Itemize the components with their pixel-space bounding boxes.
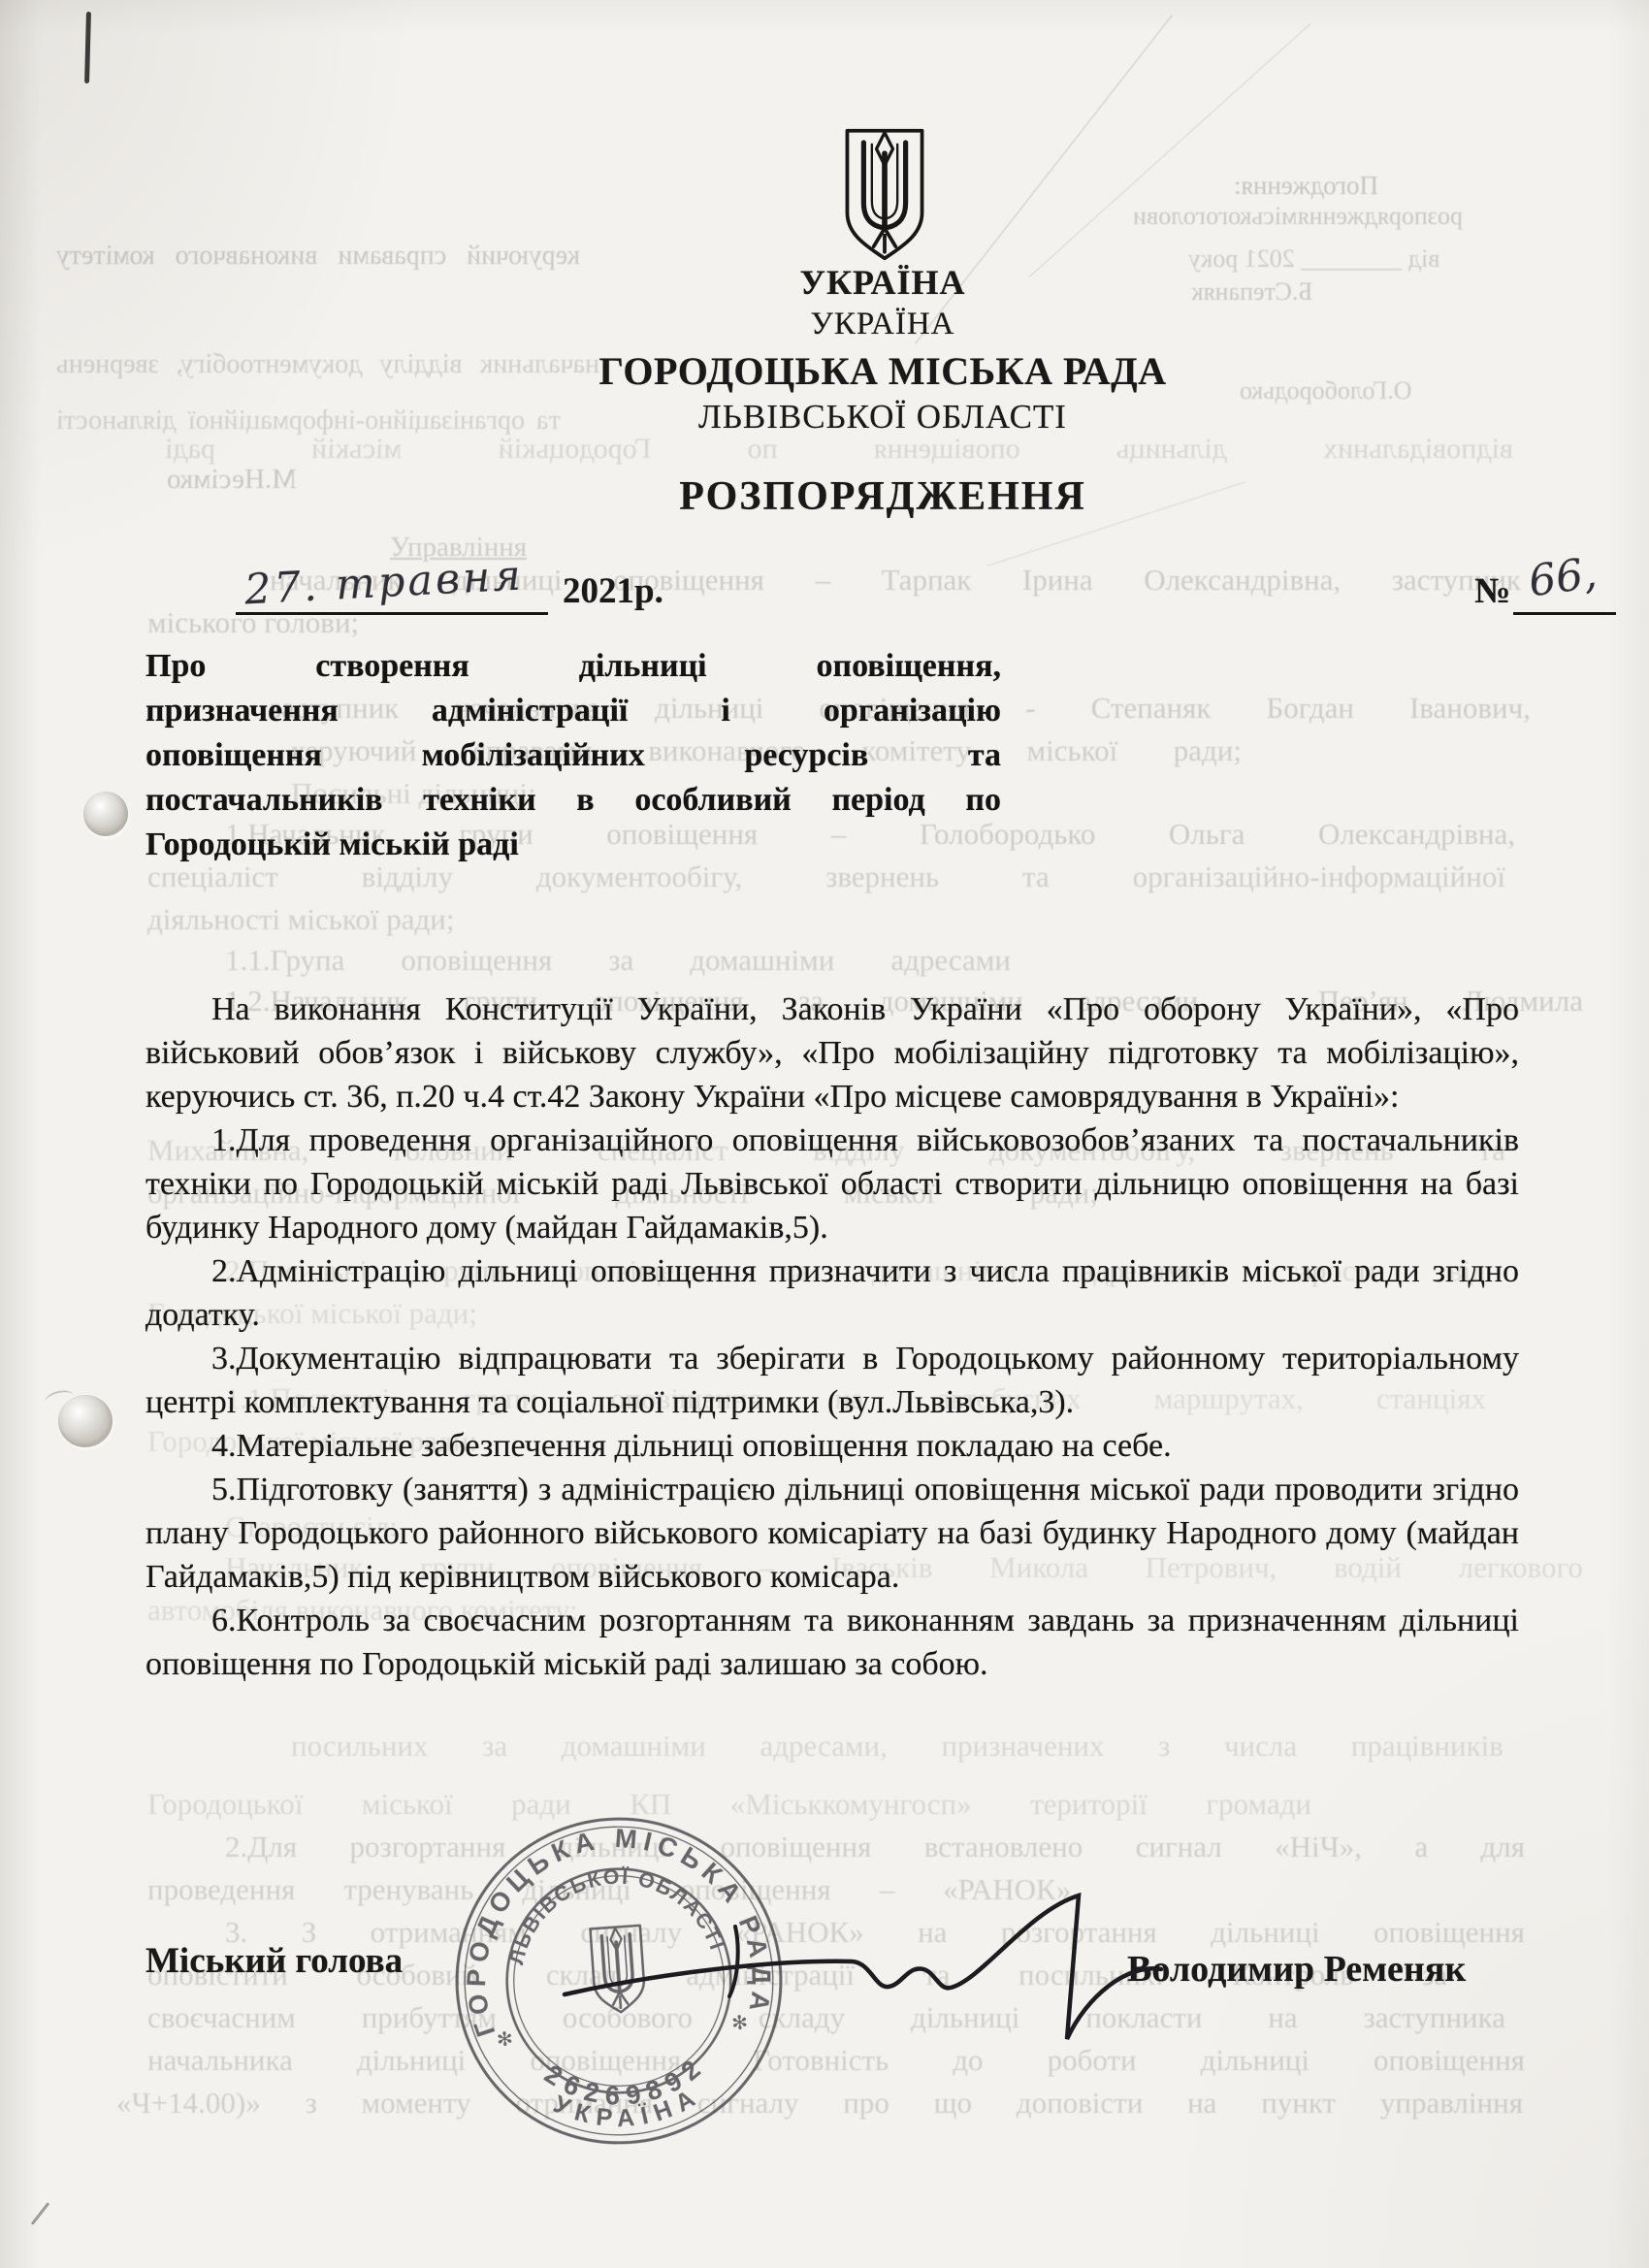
date-year: 2021р. <box>563 570 663 612</box>
scanned-document-page: { "document": { "country": "УКРАЇНА", "c… <box>0 0 1649 2268</box>
date-underline <box>236 612 548 615</box>
mayor-signature-ink <box>543 1870 1222 2074</box>
order-title-line: оповіщеннямобілізаційнихресурсівта <box>145 733 1001 778</box>
document-header: УКРАЇНА УКРАЇНА ГОРОДОЦЬКА МІСЬКА РАДА Л… <box>121 262 1644 437</box>
signature-title: Міський голова <box>145 1940 403 1982</box>
ghost-bleed-text: 1.1.Групаоповіщеннязадомашнімиадресами <box>225 943 1011 978</box>
order-paragraph: 6.Контроль за своєчасним розгортанням та… <box>145 1599 1519 1686</box>
document-type-title: РОЗПОРЯДЖЕННЯ <box>121 473 1644 520</box>
order-title: Проствореннядільниціоповіщення,призначен… <box>145 644 1001 867</box>
order-paragraph: 1.Для проведення організаційного оповіще… <box>145 1118 1519 1249</box>
ghost-bleed-text: відповідальнихдільницьоповіщенняпоГородо… <box>165 433 1513 466</box>
region-name: ЛЬВІВСЬКОЇ ОБЛАСТІ <box>121 398 1644 437</box>
paper-dimple <box>58 1395 113 1447</box>
order-paragraph: 2.Адміністрацію дільниці оповіщення приз… <box>145 1249 1519 1337</box>
handwritten-number: 66, <box>1526 548 1600 606</box>
country-name: УКРАЇНА <box>121 262 1644 303</box>
ghost-bleed-text: Погодження: <box>1234 171 1378 201</box>
order-title-line: Городоцькій міській раді <box>145 823 1001 867</box>
order-paragraph: 4.Матеріальне забезпечення дільниці опов… <box>145 1424 1519 1468</box>
country-name-repeat: УКРАЇНА <box>121 307 1644 342</box>
ghost-bleed-text: посильнихзадомашнімиадресами,призначених… <box>291 1729 1503 1764</box>
number-sign: № <box>1474 570 1510 612</box>
ghost-bleed-text: діяльності міської ради; <box>147 902 455 937</box>
order-paragraph: На виконання Конституції України, Законі… <box>145 988 1519 1118</box>
ghost-bleed-text: 2.Длярозгортаннядільниціоповіщеннявстано… <box>225 1830 1525 1864</box>
ghost-bleed-text: «Ч+14.00)»змоментуотриманнясигналупрощод… <box>116 2086 1523 2121</box>
ukraine-trident-emblem-icon <box>838 126 931 263</box>
order-title-line: призначенняадміністраціїіорганізацію <box>145 689 1001 733</box>
order-title-line: постачальниківтехнікивособливийперіодпо <box>145 778 1001 823</box>
council-name: ГОРОДОЦЬКА МІСЬКА РАДА <box>121 348 1644 394</box>
order-paragraph: 5.Підготовку (заняття) з адміністрацією … <box>145 1468 1519 1599</box>
order-body: На виконання Конституції України, Законі… <box>145 988 1519 1686</box>
paper-dimple <box>83 792 128 836</box>
ghost-bleed-text: розпорядженняміськогоголови <box>1133 202 1463 231</box>
order-paragraph: 3.Документацію відпрацювати та зберігати… <box>145 1337 1519 1424</box>
stamp-star-icon: ✻ <box>496 2028 513 2051</box>
order-title-line: Проствореннядільниціоповіщення, <box>145 644 1001 689</box>
number-underline <box>1513 612 1616 615</box>
